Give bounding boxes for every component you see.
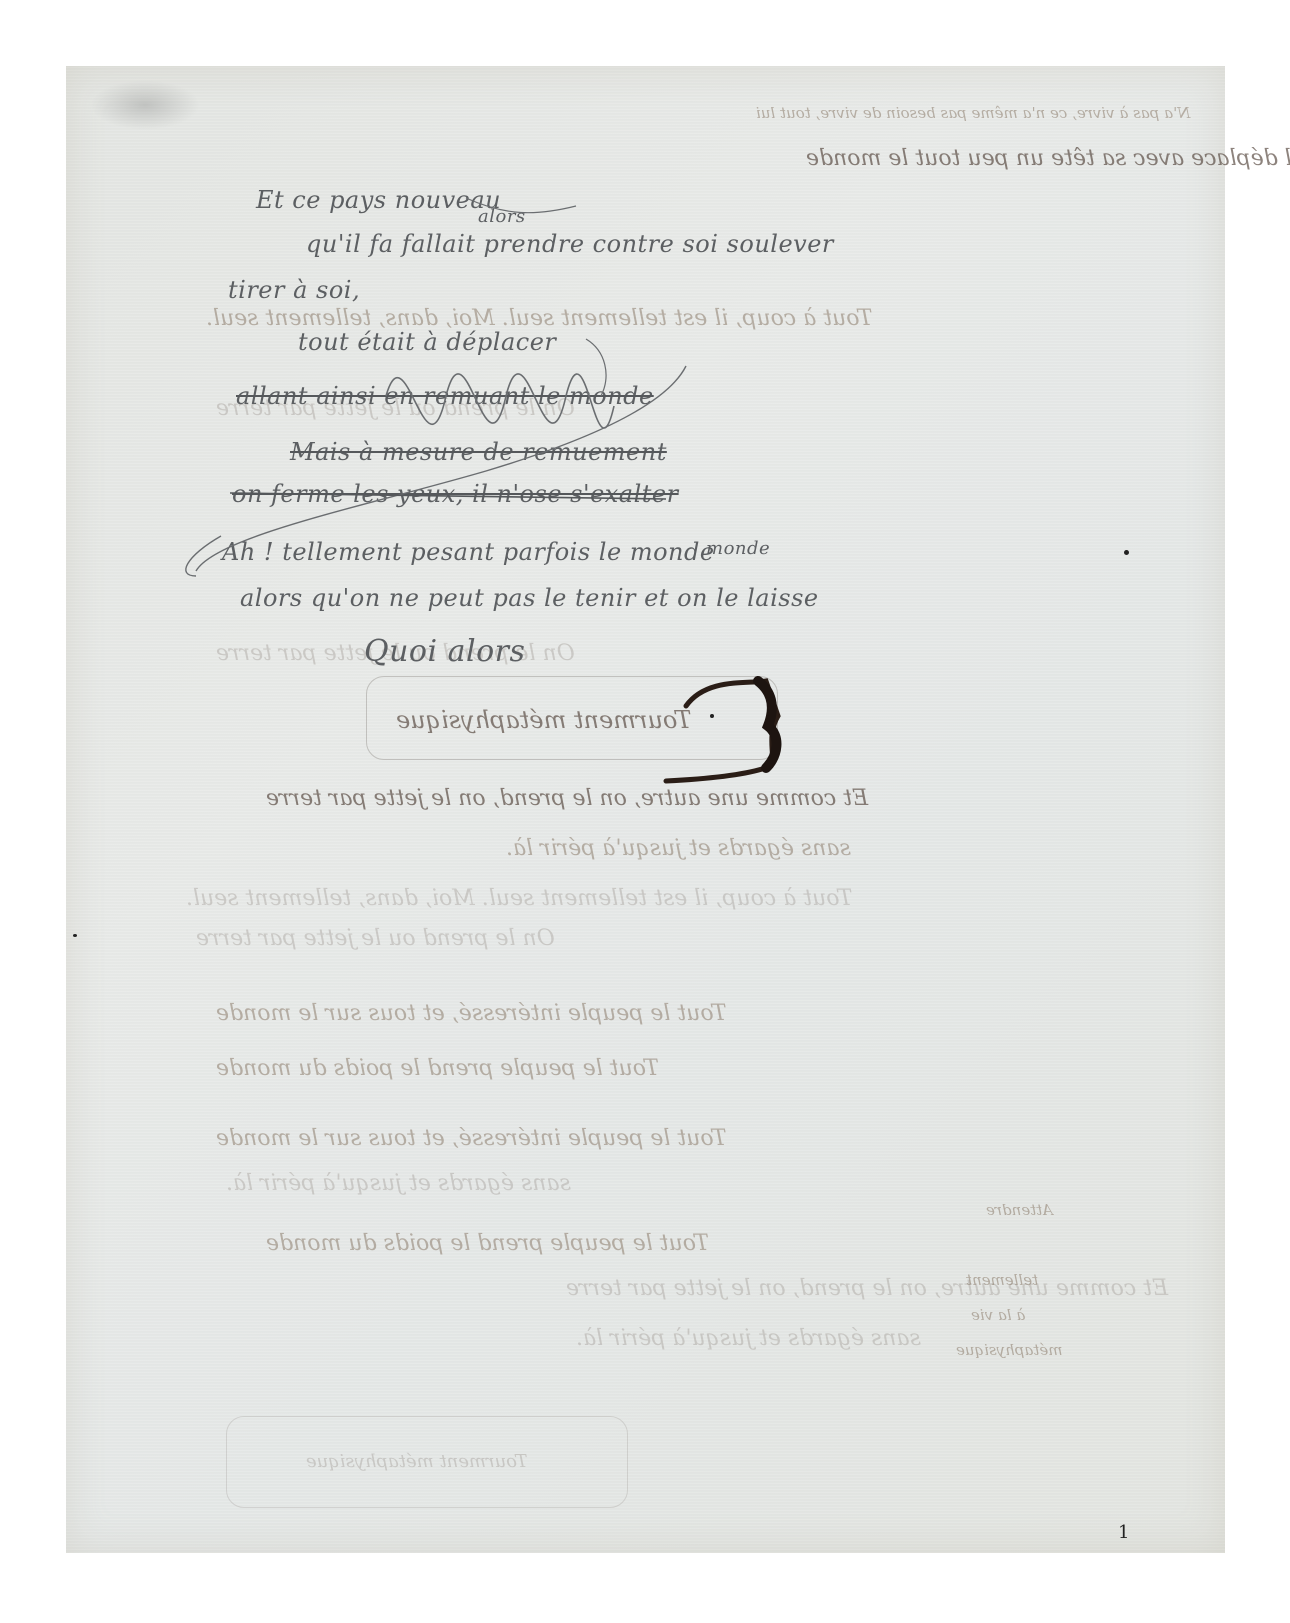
manuscript-page: N'a pas à vivre, ce n'a même pas besoin … bbox=[66, 66, 1225, 1553]
manuscript-line-4: tout était à déplacer bbox=[298, 328, 556, 356]
manuscript-line-5: Ah ! tellement pesant parfois le monde bbox=[222, 538, 715, 566]
bleed-boxed-title: Tourment métaphysique bbox=[396, 706, 692, 734]
bleed-line: Et comme une autre, on le prend, on le j… bbox=[566, 1276, 1168, 1301]
bleed-margin-note: métaphysique bbox=[956, 1341, 1062, 1359]
corner-mark: 1 bbox=[1118, 1522, 1130, 1543]
bleed-line: sans égards et jusqu'à périr là. bbox=[576, 1326, 921, 1351]
bleed-line: Il déplace avec sa tête un peu tout le m… bbox=[806, 146, 1290, 171]
manuscript-line-2: qu'il fa fallait prendre contre soi soul… bbox=[306, 230, 834, 258]
pencil-smudge bbox=[90, 80, 200, 130]
bleed-lower-title: Tourment métaphysique bbox=[306, 1451, 528, 1472]
manuscript-line-1: Et ce pays nouveau bbox=[256, 186, 501, 214]
bleed-line: N'a pas à vivre, ce n'a même pas besoin … bbox=[756, 104, 1190, 122]
bleed-margin-note: à la vie bbox=[971, 1306, 1025, 1324]
bleed-line: sans égards et jusqu'à périr là. bbox=[506, 836, 851, 861]
ink-dot bbox=[73, 934, 77, 937]
manuscript-line-struck-2: Mais à mesure de remuement bbox=[290, 438, 667, 466]
bleed-line: On le prend ou le jette par terre bbox=[196, 926, 555, 951]
bleed-line: Tout à coup, il est tellement seul. Moi,… bbox=[186, 886, 852, 911]
bleed-line: Tout le peuple prend le poids du monde bbox=[266, 1231, 709, 1256]
ink-dot bbox=[710, 714, 714, 718]
marginal-correction: monde bbox=[706, 538, 770, 559]
bleed-line: Tout le peuple intéressé, et tous sur le… bbox=[216, 1001, 727, 1026]
ink-dot bbox=[1124, 550, 1129, 555]
manuscript-line-3: tirer à soi, bbox=[228, 276, 360, 304]
bleed-margin-note: Attendre bbox=[986, 1201, 1053, 1219]
manuscript-line-7: Quoi alors bbox=[364, 634, 525, 669]
manuscript-line-struck-3: on ferme les yeux, il n'ose s'exalter bbox=[232, 480, 679, 508]
manuscript-line-6: alors qu'on ne peut pas le tenir et on l… bbox=[240, 584, 819, 612]
bleed-line: Et comme une autre, on le prend, on le j… bbox=[266, 786, 868, 811]
bleed-line: Tout le peuple intéressé, et tous sur le… bbox=[216, 1126, 727, 1151]
interlinear-insertion: alors bbox=[478, 206, 526, 227]
bleed-margin-note: tellement bbox=[966, 1271, 1038, 1289]
manuscript-line-struck-1: allant ainsi en remuant le monde bbox=[236, 382, 654, 410]
bleed-line: sans égards et jusqu'à périr là. bbox=[226, 1171, 571, 1196]
bleed-line: Tout le peuple prend le poids du monde bbox=[216, 1056, 659, 1081]
